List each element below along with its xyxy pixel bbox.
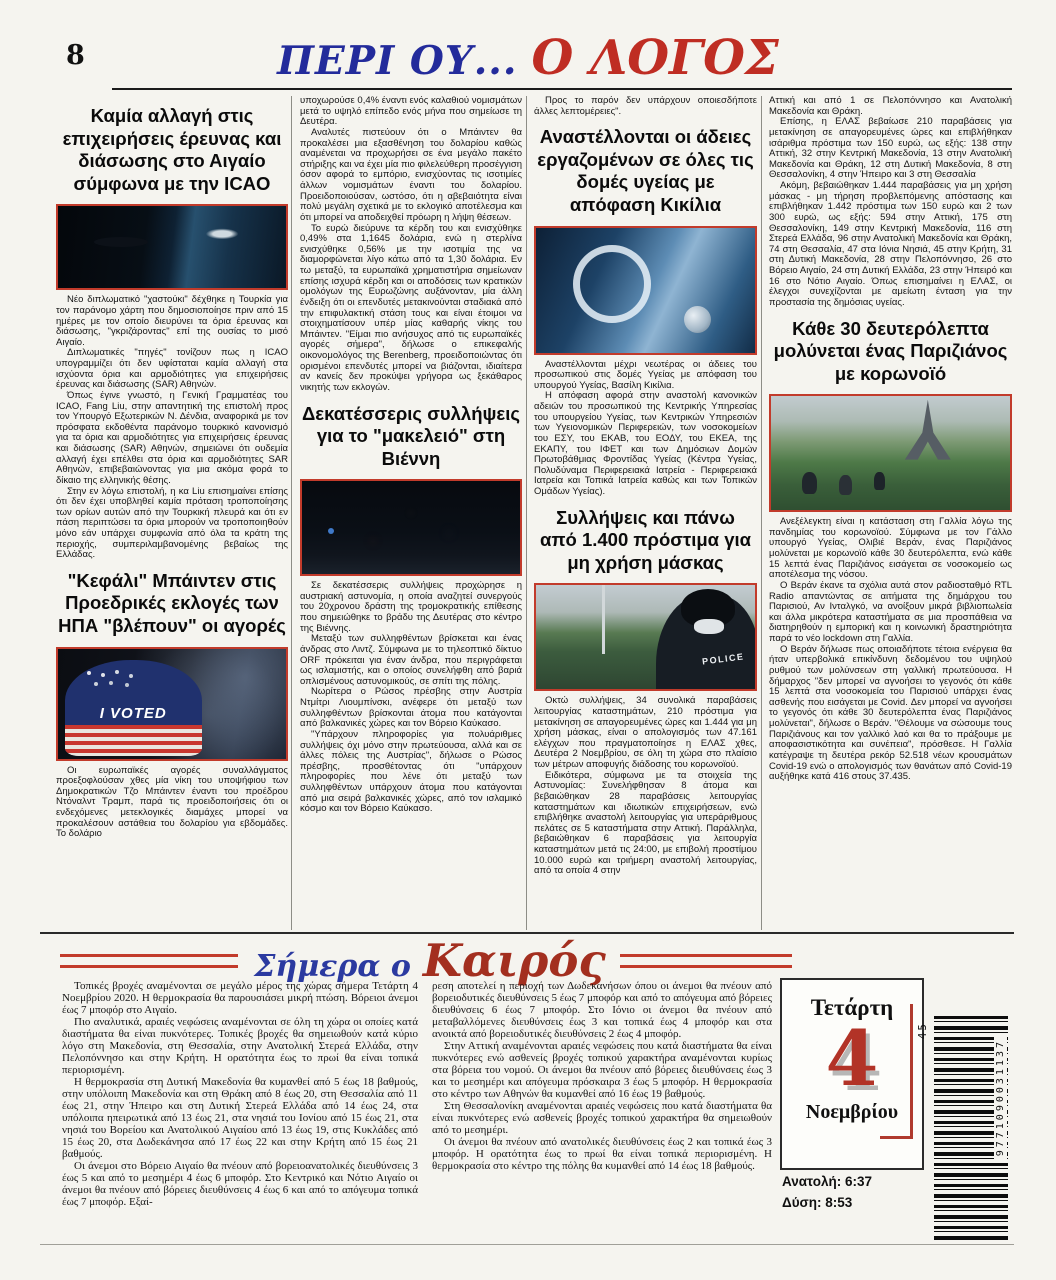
article-paragraph: Όπως έγινε γνωστό, η Γενική Γραμματέας τ… (56, 391, 288, 487)
sun-times: Ανατολή: 6:37 Δύση: 8:53 (782, 1172, 872, 1214)
article-paragraph: Επίσης, η ΕΛΑΣ βεβαίωσε 210 παραβάσεις γ… (769, 117, 1012, 181)
page-bottom-rule (40, 1244, 1014, 1245)
article-paragraph: Σε δεκατέσσερις συλλήψεις προχώρησε η αυ… (300, 581, 522, 634)
barcode-issue-number: 45 (916, 1022, 929, 1039)
police-lights-glow (328, 528, 334, 534)
article-paragraph: Το ευρώ διεύρυνε τα κέρδη του και ενισχύ… (300, 224, 522, 394)
article-paragraph: Η απόφαση αφορά στην αναστολή κανονικών … (534, 391, 757, 497)
eiffel-tower (905, 400, 951, 460)
column-3: Προς το παρόν δεν υπάρχουν οποιεσδήποτε … (534, 96, 757, 930)
article-paragraph: Αττική και από 1 σε Πελοπόννησο και Ανατ… (769, 96, 1012, 117)
weather-title-script: Σήμερα ο (254, 949, 411, 984)
flag-pole (602, 585, 605, 654)
sunset-time: Δύση: 8:53 (782, 1193, 872, 1214)
article-paragraph: Στην εν λόγω επιστολή, η κα Liu επισημαί… (56, 487, 288, 561)
column-divider (526, 96, 527, 930)
weather-paragraph: Τοπικές βροχές αναμένονται σε μεγάλο μέρ… (62, 980, 418, 1016)
vienna-night-photo (300, 479, 522, 576)
column-1: Καμία αλλαγή στις επιχειρήσεις έρευνας κ… (56, 96, 288, 930)
officer-face-mask (694, 619, 725, 635)
i-voted-sticker-photo: I VOTED (56, 647, 288, 761)
sticker-stars (87, 671, 91, 675)
sunrise-time: Ανατολή: 6:37 (782, 1172, 872, 1193)
article-paragraph: Μεταξύ των συλληφθέντων βρίσκεται και έν… (300, 634, 522, 687)
weather-paragraph: Πιο αναλυτικά, αραιές νεφώσεις αναμένοντ… (62, 1016, 418, 1076)
headline-mask-fines: Συλλήψεις και πάνω από 1.400 πρόστιμα γι… (536, 507, 755, 575)
article-paragraph: Νέο διπλωματικό "χαστούκι" δέχθηκε η Του… (56, 295, 288, 348)
voted-sticker: I VOTED (65, 660, 202, 757)
weather-paragraph: Στην Αττική αναμένονται αραιές νεφώσεις … (432, 1040, 772, 1100)
article-paragraph: Ανεξέλεγκτη είναι η κατάσταση στη Γαλλία… (769, 517, 1012, 581)
masthead-right-text: Ο ΛΟΓΟΣ (531, 30, 778, 86)
sticker-stripes (65, 725, 202, 756)
headline-biden-markets: "Κεφάλι" Μπάιντεν στις Προεδρικές εκλογέ… (58, 570, 286, 638)
article-paragraph: Αναλυτές πιστεύουν ότι ο Μπάιντεν θα προ… (300, 128, 522, 224)
article-paragraph: Ειδικότερα, σύμφωνα με τα στοιχεία της Α… (534, 771, 757, 877)
headline-paris-covid: Κάθε 30 δευτερόλεπτα μολύνεται ένας Παρι… (771, 318, 1010, 386)
stethoscope-tube (573, 245, 651, 323)
article-paragraph: Ακόμη, βεβαιώθηκαν 1.444 παραβάσεις για … (769, 181, 1012, 309)
masthead: ΠΕΡΙ ΟΥ...Ο ΛΟΓΟΣ (0, 30, 1056, 86)
article-paragraph: Οκτώ συλλήψεις, 34 συνολικά παραβάσεις λ… (534, 696, 757, 770)
article-paragraph: Ο Βεράν δήλωσε πως οποιαδήποτε τέτοια εν… (769, 645, 1012, 783)
article-paragraph: Προς το παρόν δεν υπάρχουν οποιεσδήποτε … (534, 96, 757, 117)
article-paragraph: Νωρίτερα ο Ρώσος πρέσβης στην Αυστρία Ντ… (300, 687, 522, 730)
voted-sticker-text: I VOTED (65, 705, 202, 722)
article-paragraph: Αναστέλλονται μέχρι νεωτέρας οι άδειες τ… (534, 360, 757, 392)
column-4: Αττική και από 1 σε Πελοπόννησο και Ανατ… (769, 96, 1012, 930)
column-divider (761, 96, 762, 930)
calendar-box: Τετάρτη 4 Νοεμβρίου (780, 978, 924, 1170)
article-paragraph: "Υπάρχουν πληροφορίες για πολυάριθμες συ… (300, 730, 522, 815)
weather-text-left: Τοπικές βροχές αναμένονται σε μεγάλο μέρ… (62, 980, 418, 1244)
article-paragraph: Οι ευρωπαϊκές αγορές συναλλάγματος προεξ… (56, 766, 288, 840)
column-2: υποχωρούσε 0,4% έναντι ενός καλαθιού νομ… (300, 96, 522, 930)
paris-eiffel-photo (769, 394, 1012, 512)
stethoscope-photo (534, 226, 757, 355)
weather-paragraph: Η θερμοκρασία στη Δυτική Μακεδονία θα κυ… (62, 1076, 418, 1160)
police-officer-photo: POLICE (534, 583, 757, 691)
masthead-rule (112, 88, 1012, 90)
helicopter-photo (56, 204, 288, 290)
column-divider (291, 96, 292, 930)
weather-paragraph: Στη Θεσσαλονίκη αναμένονται αραιές νεφώσ… (432, 1100, 772, 1136)
weather-paragraph: ρεση αποτελεί η περιοχή των Δωδεκανήσων … (432, 980, 772, 1040)
weather-paragraph: Οι άνεμοι θα πνέουν από ανατολικές διευθ… (432, 1136, 772, 1172)
article-paragraph: Ο Βεράν έκανε τα σχόλια αυτά στον ραδιοσ… (769, 581, 1012, 645)
weather-text-right: ρεση αποτελεί η περιοχή των Δωδεκανήσων … (432, 980, 772, 1244)
headline-vienna-arrests: Δεκατέσσερις συλλήψεις για το "μακελειό"… (302, 403, 520, 471)
helicopter-silhouette (94, 237, 148, 247)
calendar-red-corner (880, 1004, 913, 1139)
stethoscope-chestpiece (684, 306, 711, 333)
masthead-left-text: ΠΕΡΙ ΟΥ... (277, 38, 517, 84)
barcode-digits: 9771090031137 (994, 1036, 1007, 1159)
headline-health-leave-suspension: Αναστέλλονται οι άδειες εργαζομένων σε ό… (536, 126, 755, 216)
headline-icao: Καμία αλλαγή στις επιχειρήσεις έρευνας κ… (58, 105, 286, 195)
article-paragraph: υποχωρούσε 0,4% έναντι ενός καλαθιού νομ… (300, 96, 522, 128)
weather-paragraph: Οι άνεμοι στο Βόρειο Αιγαίο θα πνέουν απ… (62, 1160, 418, 1208)
article-paragraph: Διπλωματικές "πηγές" τονίζουν πως η ICAO… (56, 348, 288, 391)
cyclists-silhouette (802, 472, 817, 494)
